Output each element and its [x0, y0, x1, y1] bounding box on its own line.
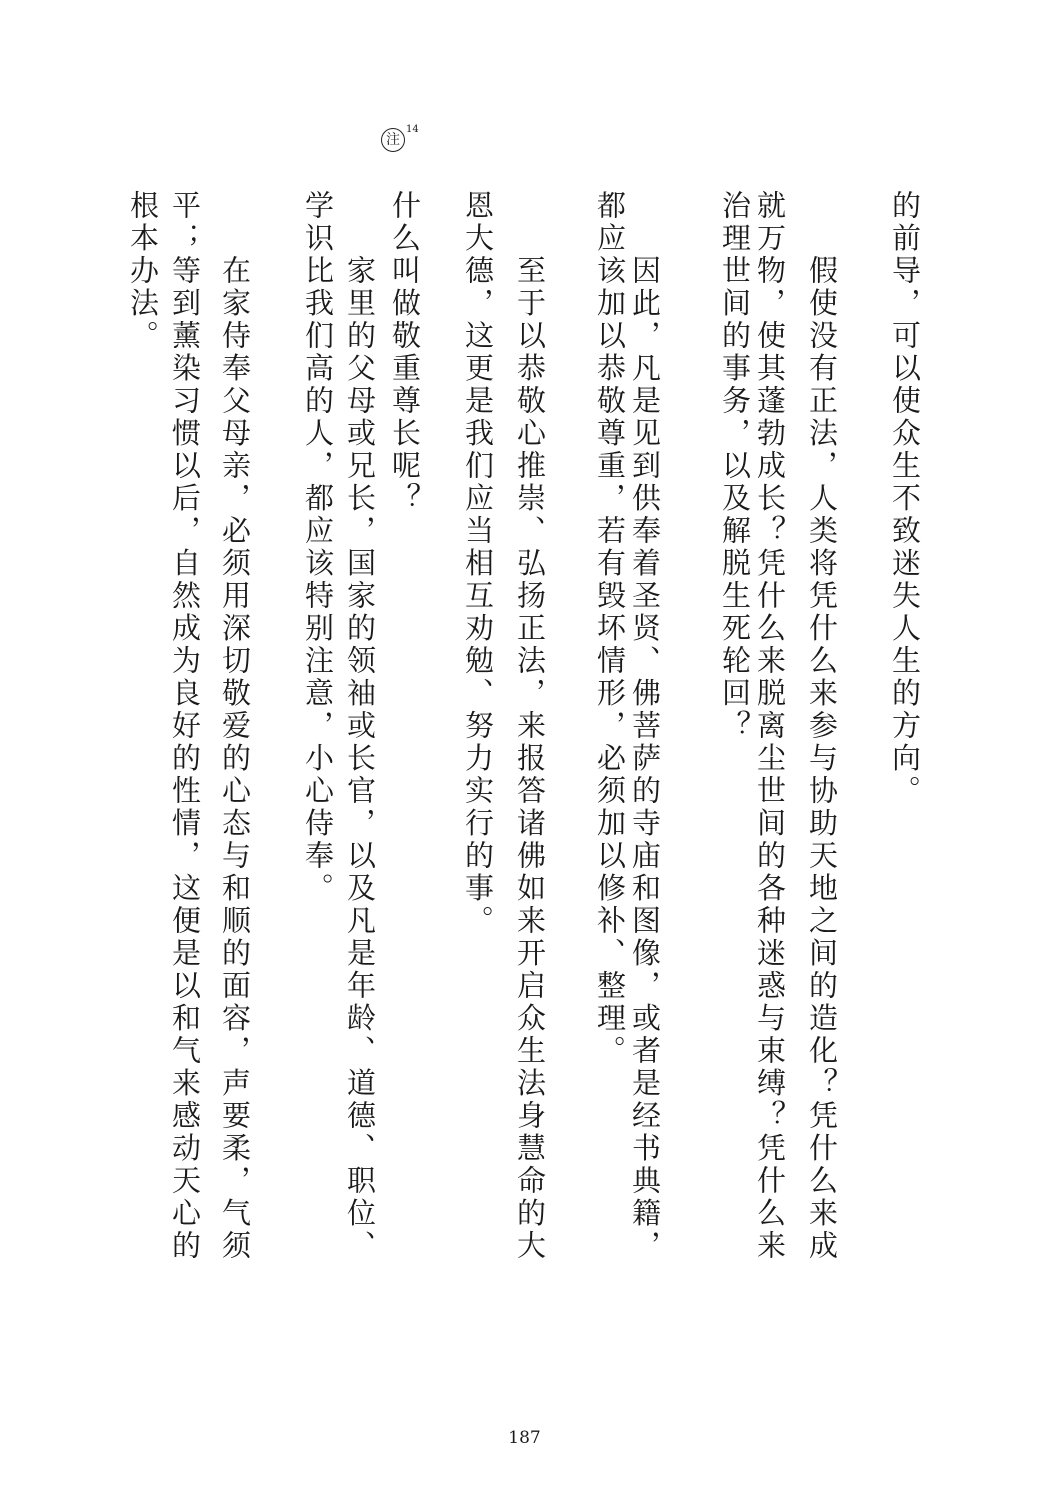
annotation-marker[interactable]: 注 — [381, 128, 405, 152]
text-column: 的前导，可以使众生不致迷失人生的方向。 — [887, 190, 923, 808]
section-heading: 什么叫做敬重尊长呢？ — [387, 190, 423, 515]
text-column: 根本办法。 — [125, 190, 161, 353]
text-column: 平；等到薰染习惯以后，自然成为良好的性情，这便是以和气来感动天心的 — [167, 190, 203, 1263]
text-column: 恩大德，这更是我们应当相互劝勉、努力实行的事。 — [460, 190, 496, 938]
annotation-number: 14 — [406, 124, 419, 135]
text-column: 因此，凡是见到供奉着圣贤、佛菩萨的寺庙和图像，或者是经书典籍， — [627, 190, 663, 1263]
text-column: 治理世间的事务，以及解脱生死轮回？ — [717, 190, 753, 743]
page-number: 187 — [0, 1428, 1049, 1448]
text-column: 都应该加以恭敬尊重，若有毁坏情形，必须加以修补、整理。 — [592, 190, 628, 1068]
text-column: 在家侍奉父母亲，必须用深切敬爱的心态与和顺的面容，声要柔，气须 — [217, 190, 253, 1263]
text-column: 家里的父母或兄长，国家的领袖或长官，以及凡是年龄、道德、职位、 — [342, 190, 378, 1263]
text-column: 至于以恭敬心推崇、弘扬正法，来报答诸佛如来开启众生法身慧命的大 — [512, 190, 548, 1263]
text-column: 学识比我们高的人，都应该特别注意，小心侍奉。 — [300, 190, 336, 905]
text-column: 就万物，使其蓬勃成长？凭什么来脱离尘世间的各种迷惑与束缚？凭什么来 — [752, 190, 788, 1263]
text-column: 假使没有正法，人类将凭什么来参与协助天地之间的造化？凭什么来成 — [804, 190, 840, 1263]
